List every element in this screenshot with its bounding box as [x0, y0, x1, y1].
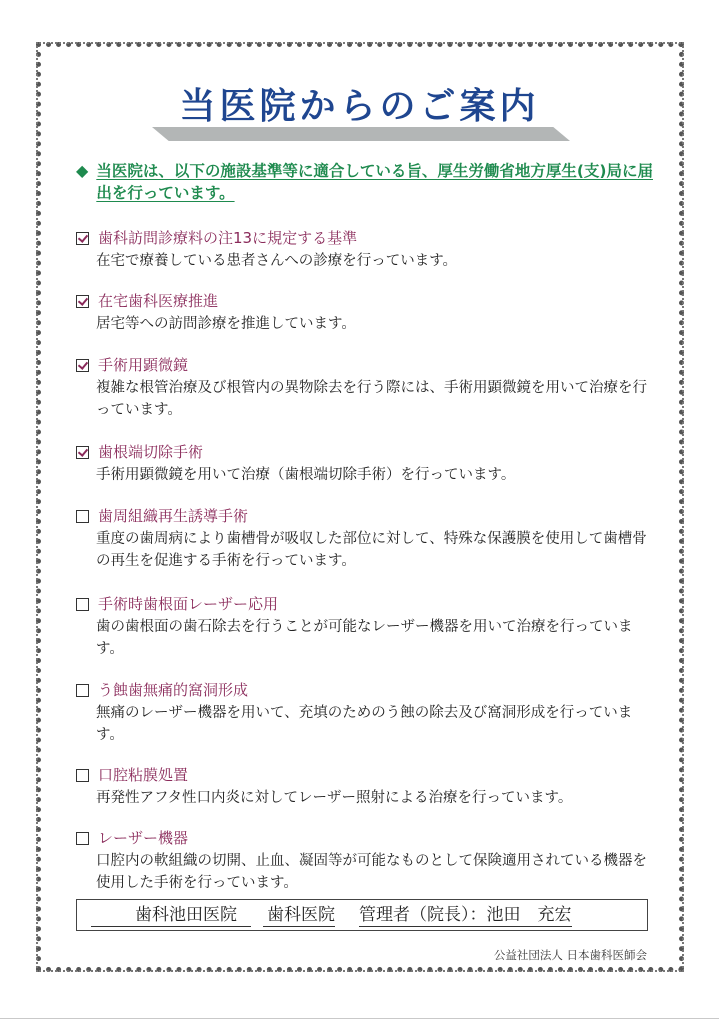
item-label: 手術用顕微鏡 [98, 355, 188, 375]
facility-item: 歯科訪問診療料の注13に規定する基準 在宅で療養している患者さんへの診療を行って… [76, 228, 656, 272]
clinic-info-box: 歯科池田医院 歯科医院 管理者（院長）：池田 充宏 [76, 899, 648, 931]
item-description: 重度の歯周病により歯槽骨が吸収した部位に対して、特殊な保護膜を使用して歯槽骨の再… [96, 528, 656, 572]
intro-text: 当医院は、以下の施設基準等に適合している旨、厚生労働省地方厚生(支)局に届出を行… [96, 160, 656, 204]
item-label: 歯根端切除手術 [98, 442, 203, 462]
checkbox-checked-icon [76, 232, 89, 245]
checkbox-empty-icon [76, 598, 89, 611]
administrator-name: 管理者（院長）：池田 充宏 [359, 904, 572, 927]
item-label: 手術時歯根面レーザー応用 [98, 594, 278, 614]
item-label: 歯周組織再生誘導手術 [98, 506, 248, 526]
facility-item: 歯根端切除手術 手術用顕微鏡を用いて治療（歯根端切除手術）を行っています。 [76, 442, 656, 486]
item-description: 歯の歯根面の歯石除去を行うことが可能なレーザー機器を用いて治療を行っています。 [96, 616, 656, 660]
item-label: 在宅歯科医療推進 [98, 291, 218, 311]
facility-item: 在宅歯科医療推進 居宅等への訪問診療を推進しています。 [76, 291, 656, 335]
clinic-name: 歯科池田医院 [91, 904, 251, 927]
item-label: 口腔粘膜処置 [98, 765, 188, 785]
item-label: レーザー機器 [98, 828, 188, 848]
page-title: 当医院からのご案内 [0, 78, 719, 129]
checkbox-empty-icon [76, 684, 89, 697]
facility-item: 歯周組織再生誘導手術 重度の歯周病により歯槽骨が吸収した部位に対して、特殊な保護… [76, 506, 656, 572]
facility-item: 手術用顕微鏡 複雑な根管治療及び根管内の異物除去を行う際には、手術用顕微鏡を用い… [76, 355, 656, 421]
item-description: 手術用顕微鏡を用いて治療（歯根端切除手術）を行っています。 [96, 464, 656, 486]
facility-item: う蝕歯無痛的窩洞形成 無痛のレーザー機器を用いて、充填のためのう蝕の除去及び窩洞… [76, 680, 656, 746]
checkbox-checked-icon [76, 446, 89, 459]
checkbox-empty-icon [76, 832, 89, 845]
checkbox-empty-icon [76, 769, 89, 782]
facility-item: 口腔粘膜処置 再発性アフタ性口内炎に対してレーザー照射による治療を行っています。 [76, 765, 656, 809]
item-description: 無痛のレーザー機器を用いて、充填のためのう蝕の除去及び窩洞形成を行っています。 [96, 702, 656, 746]
item-label: 歯科訪問診療料の注13に規定する基準 [98, 228, 357, 248]
scan-edge-line [0, 1018, 719, 1019]
facility-item: 手術時歯根面レーザー応用 歯の歯根面の歯石除去を行うことが可能なレーザー機器を用… [76, 594, 656, 660]
item-description: 再発性アフタ性口内炎に対してレーザー照射による治療を行っています。 [96, 787, 656, 809]
clinic-type: 歯科医院 [263, 904, 335, 927]
item-description: 複雑な根管治療及び根管内の異物除去を行う際には、手術用顕微鏡を用いて治療を行って… [96, 377, 656, 421]
item-description: 口腔内の軟組織の切開、止血、凝固等が可能なものとして保険適用されている機器を使用… [96, 850, 656, 894]
checkbox-empty-icon [76, 510, 89, 523]
item-description: 在宅で療養している患者さんへの診療を行っています。 [96, 250, 656, 272]
title-underline-bar [152, 127, 570, 141]
checkbox-checked-icon [76, 295, 89, 308]
item-description: 居宅等への訪問診療を推進しています。 [96, 313, 656, 335]
association-name: 公益社団法人 日本歯科医師会 [494, 947, 647, 963]
facility-item: レーザー機器 口腔内の軟組織の切開、止血、凝固等が可能なものとして保険適用されて… [76, 828, 656, 894]
diamond-icon: ◆ [76, 160, 88, 204]
item-label: う蝕歯無痛的窩洞形成 [98, 680, 248, 700]
intro-statement: ◆ 当医院は、以下の施設基準等に適合している旨、厚生労働省地方厚生(支)局に届出… [76, 160, 656, 204]
checkbox-checked-icon [76, 359, 89, 372]
